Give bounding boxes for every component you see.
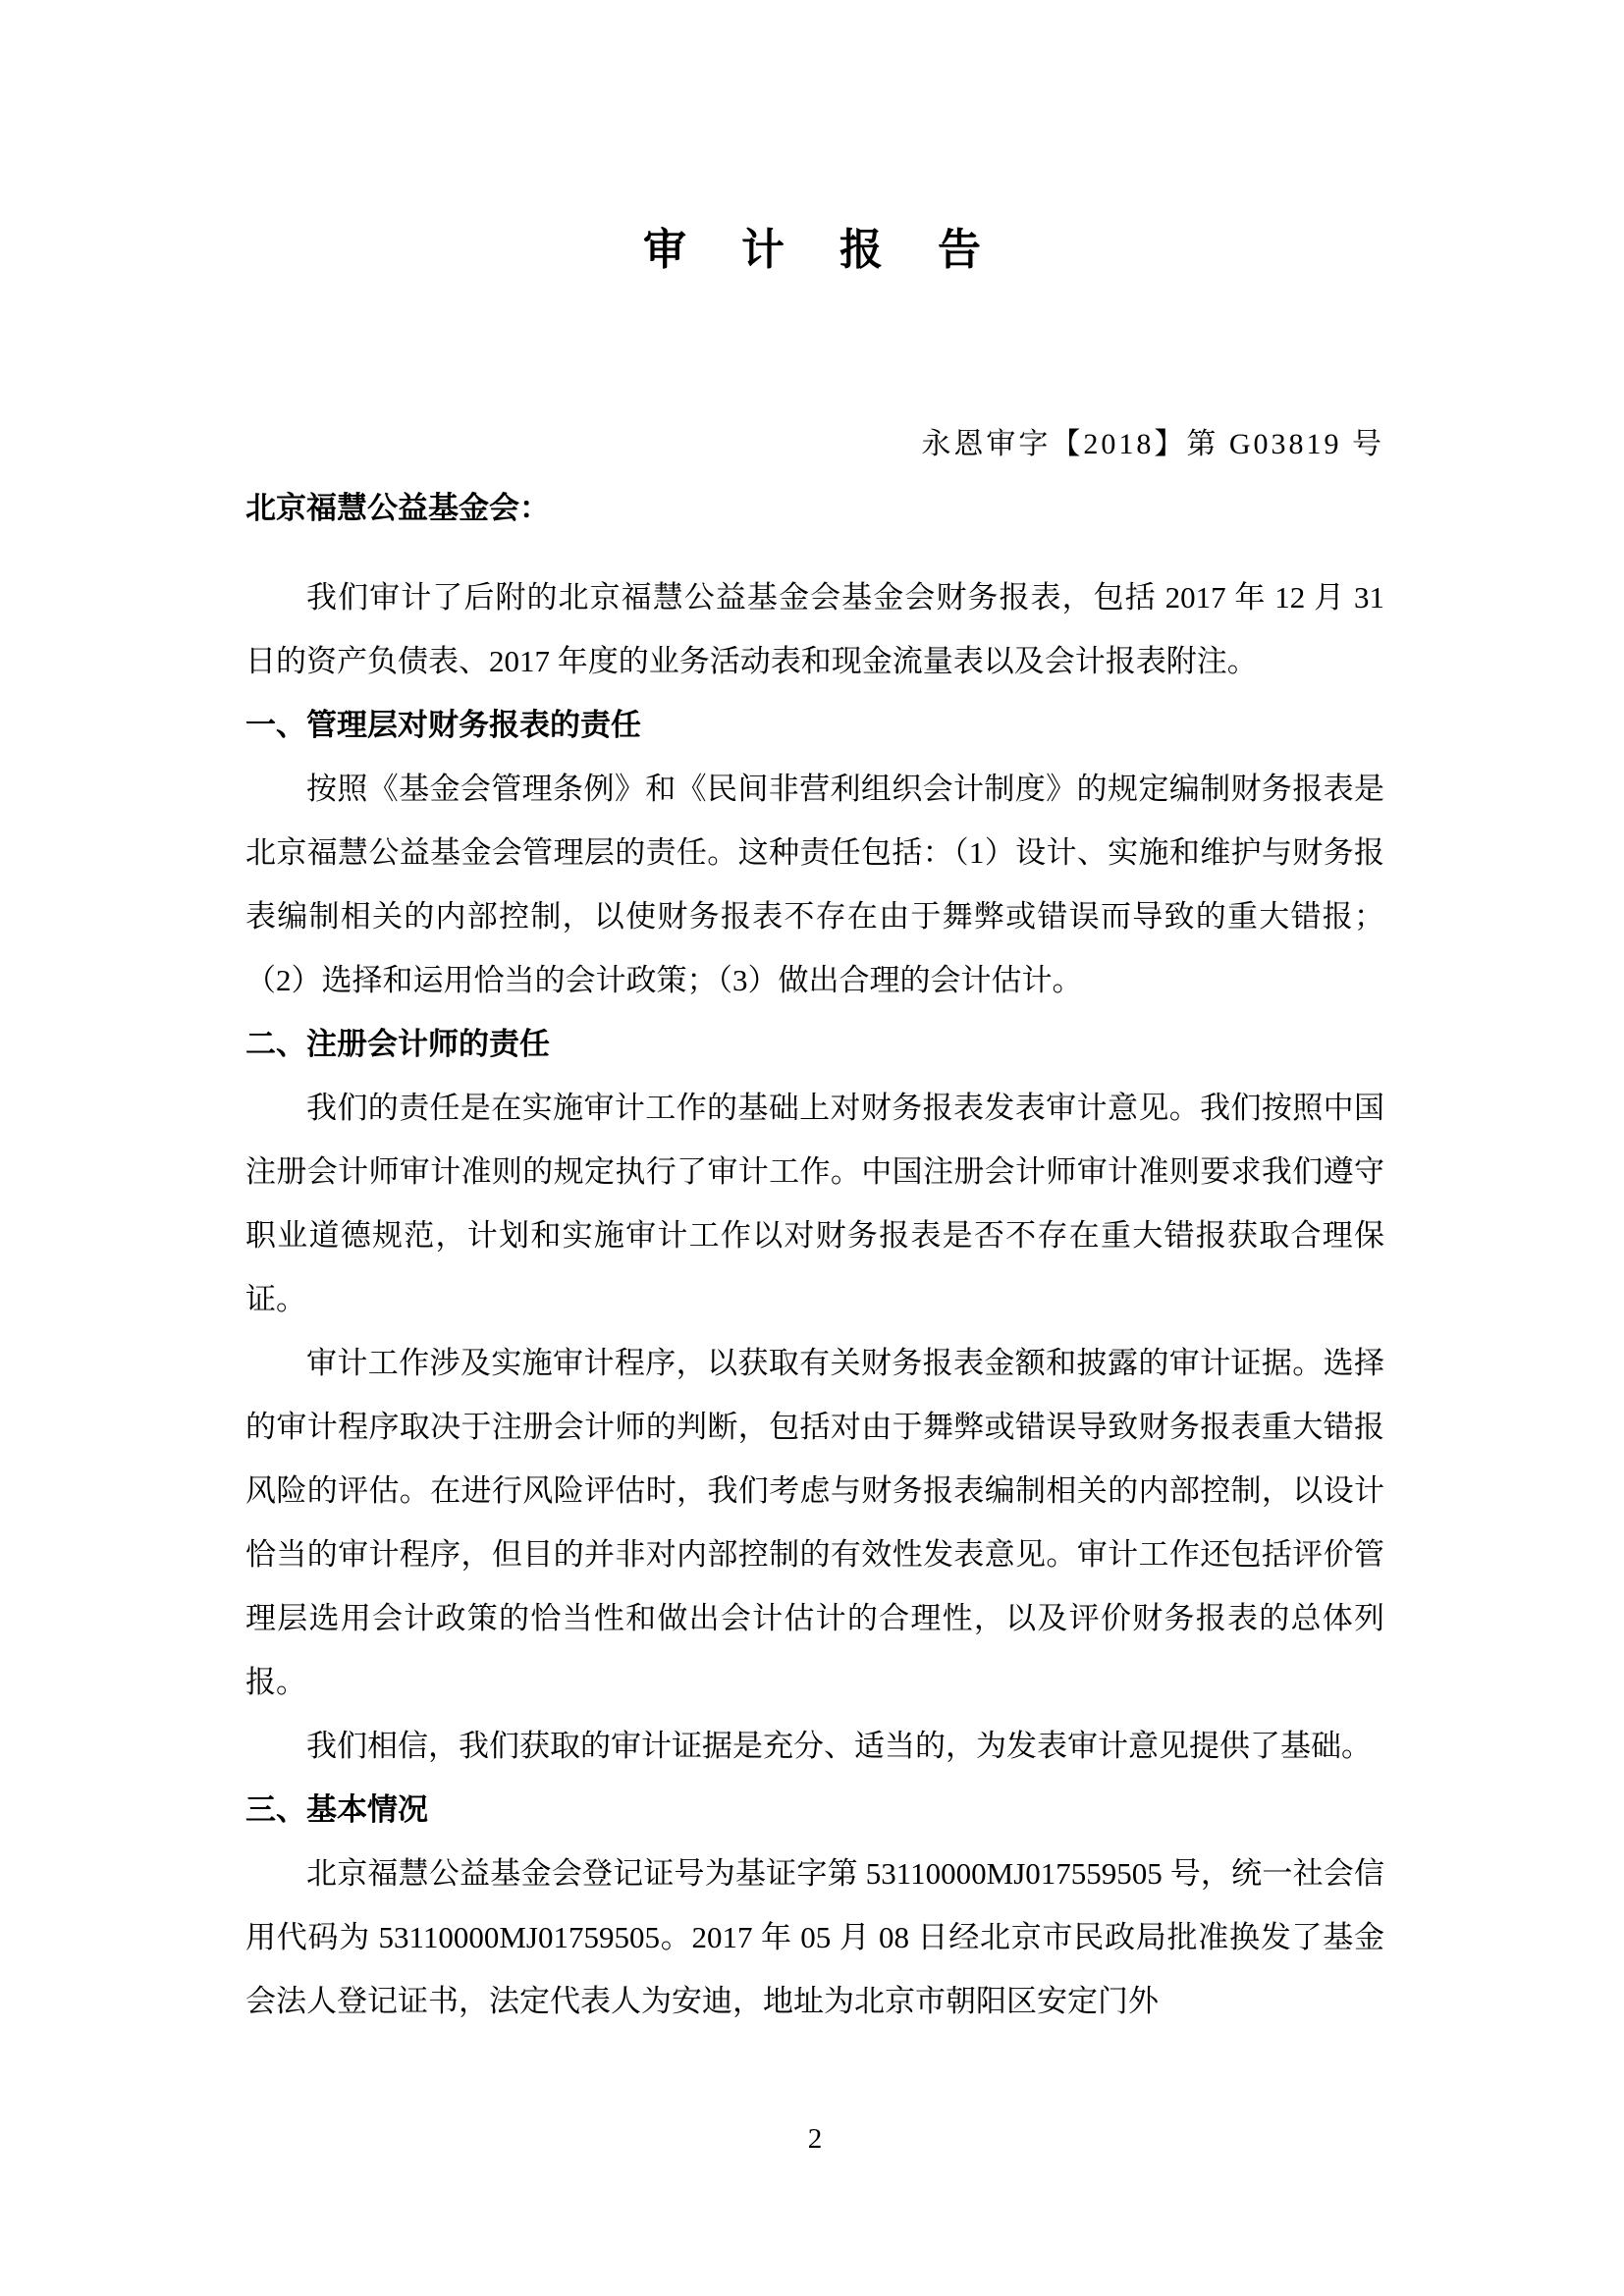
paragraph-auditor-responsibility: 我们的责任是在实施审计工作的基础上对财务报表发表审计意见。我们按照中国注册会计师… <box>245 1076 1384 1331</box>
document-page: 审 计 报 告 永恩审字【2018】第 G03819 号 北京福慧公益基金会： … <box>245 0 1384 2033</box>
reference-number: 永恩审字【2018】第 G03819 号 <box>245 412 1384 476</box>
section-heading-auditor-responsibility: 二、注册会计师的责任 <box>245 1012 1384 1076</box>
paragraph-audit-evidence-conclusion: 我们相信，我们获取的审计证据是充分、适当的，为发表审计意见提供了基础。 <box>245 1714 1384 1778</box>
section-heading-management-responsibility: 一、管理层对财务报表的责任 <box>245 693 1384 757</box>
addressee-line: 北京福慧公益基金会： <box>245 476 1384 540</box>
paragraph-basic-information: 北京福慧公益基金会登记证号为基证字第 53110000MJ017559505 号… <box>245 1842 1384 2033</box>
paragraph-audit-procedures: 审计工作涉及实施审计程序，以获取有关财务报表金额和披露的审计证据。选择的审计程序… <box>245 1331 1384 1714</box>
paragraph-audit-scope: 我们审计了后附的北京福慧公益基金会基金会财务报表，包括 2017 年 12 月 … <box>245 565 1384 693</box>
page-number: 2 <box>245 2118 1384 2160</box>
document-title: 审 计 报 告 <box>245 216 1384 285</box>
section-heading-basic-information: 三、基本情况 <box>245 1778 1384 1842</box>
paragraph-management-responsibility: 按照《基金会管理条例》和《民间非营利组织会计制度》的规定编制财务报表是北京福慧公… <box>245 757 1384 1012</box>
